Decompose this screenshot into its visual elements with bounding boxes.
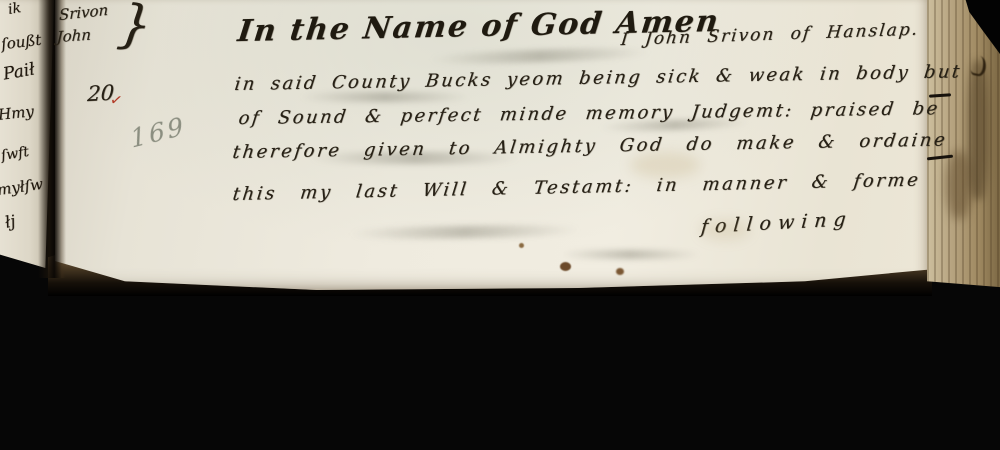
fore-edge-blotch [968, 60, 988, 200]
edge-writing-fragment: Paił [2, 59, 37, 84]
edge-writing-fragment: ſwft [0, 144, 30, 164]
edge-writing-fragment: Hmy [0, 102, 35, 124]
page-stain [700, 220, 750, 240]
page-stain [630, 152, 700, 178]
page-stain [519, 243, 524, 248]
book-photo: ik ſoußt Paił Hmy ſwft myłſw łj Srivon J… [0, 0, 1000, 450]
edge-writing-fragment: ik [7, 0, 22, 18]
ink-bleedthrough [560, 250, 700, 259]
page-stain [560, 262, 571, 271]
edge-writing-fragment: łj [3, 211, 17, 232]
edge-writing-fragment: ſoußt [0, 31, 42, 54]
margin-forename: John [56, 26, 91, 46]
page-stain [616, 268, 624, 275]
ink-bleedthrough [300, 92, 470, 102]
